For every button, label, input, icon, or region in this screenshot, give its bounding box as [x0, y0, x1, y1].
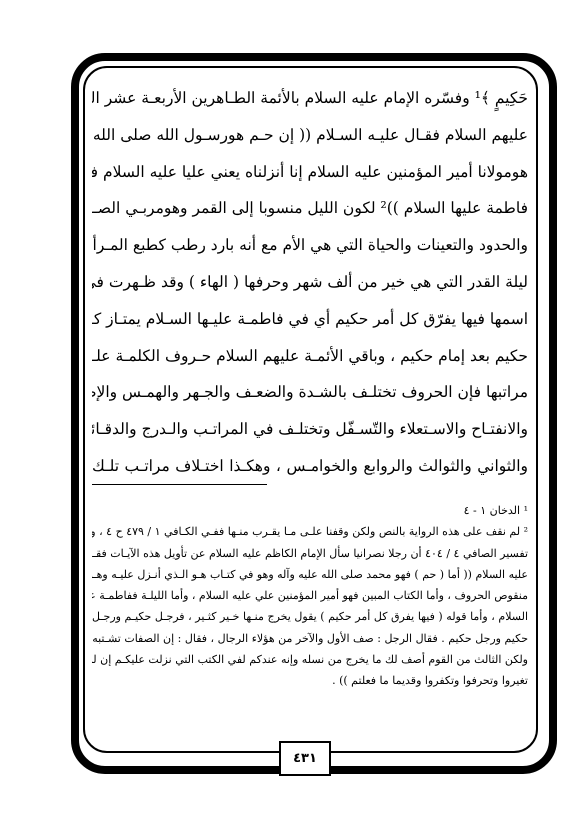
text-line: هومولانا أمير المؤمنين عليه السلام إنا أ…	[92, 154, 528, 191]
text-line: ليلة القدر التي هي خير من ألف شهر وحرفها…	[92, 264, 528, 301]
footnote-2-line: عليه السلام (( أما ( حم ) فهو محمد صلى ا…	[92, 564, 528, 585]
text-line: والثواني والثوالث والروابع والخوامـس ، و…	[92, 448, 528, 485]
footnote-2-line: منقوص الحروف ، وأما الكتاب المبين فهو أم…	[92, 585, 528, 606]
footnote-2-line: السلام ، وأما قوله ( فيها يفرق كل أمر حك…	[92, 606, 528, 627]
text-line: والانفتـاح والاسـتعلاء والتّسـفّل وتختلـ…	[92, 411, 528, 448]
text-line: فاطمة عليها السلام ))² لكون الليل منسوبا…	[92, 190, 528, 227]
page-content: حَكِيمٍ ﴾¹ وفسّره الإمام عليه السلام بال…	[92, 80, 528, 485]
text-line: اسمها فيها يفرّق كل أمر حكيم أي في فاطمـ…	[92, 301, 528, 338]
text-line: مراتبها فإن الحروف تختلـف بالشـدة والضعـ…	[92, 374, 528, 411]
footnote-1: ¹ الدخان ١ - ٤	[92, 500, 528, 521]
footnote-2-line: ولكن الثالث من القوم أصف لك ما يخرج من ن…	[92, 649, 528, 670]
footnote-2-line: تغيروا وتحرفوا وتكفروا وقديما ما فعلتم )…	[92, 670, 528, 691]
footnote-2-line: ² لم نقف على هذه الرواية بالنص ولكن وقفن…	[92, 521, 528, 542]
footnote-2-line: حكيم ورجل حكيم . فقال الرجل : صف الأول و…	[92, 628, 528, 649]
page-number-text: ٤٣١	[293, 751, 317, 766]
text-line: عليهم السلام فقـال عليـه السـلام (( إن ح…	[92, 117, 528, 154]
footnotes: ¹ الدخان ١ - ٤ ² لم نقف على هذه الرواية …	[92, 500, 528, 692]
text-line: والحدود والتعينات والحياة التي هي الأم م…	[92, 227, 528, 264]
footnote-separator	[92, 484, 267, 485]
text-line: حَكِيمٍ ﴾¹ وفسّره الإمام عليه السلام بال…	[92, 80, 528, 117]
page-number: ٤٣١	[279, 741, 331, 776]
footnote-2-line: تفسير الصافي ٤ / ٤٠٤ أن رجلا نصرانيا سأل…	[92, 543, 528, 564]
text-line: حكيم بعد إمام حكيم ، وباقي الأئمـة عليهم…	[92, 338, 528, 375]
